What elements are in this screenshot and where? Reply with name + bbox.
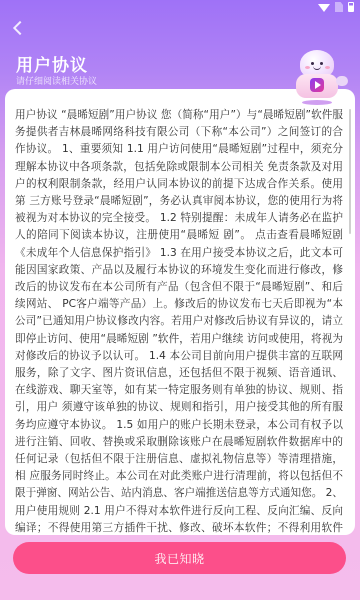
battery-icon — [348, 2, 354, 12]
mascot-cheek — [325, 66, 330, 69]
status-bar — [0, 0, 360, 14]
wifi-icon — [318, 4, 330, 12]
sim-icon — [335, 2, 343, 12]
mascot-mouth — [313, 66, 321, 70]
page-title: 用户协议 — [16, 51, 88, 76]
page-subtitle: 请仔细阅读相关协议 — [16, 74, 97, 87]
mascot-play-icon — [294, 50, 344, 106]
agreement-card: 用户协议 “晨晞短剧”用户协议 您（简称“用户”）与“晨晞短剧”软件服务提供者吉… — [5, 89, 355, 535]
mascot-cheek — [305, 66, 310, 69]
play-icon — [310, 78, 324, 92]
confirm-button[interactable]: 我已知晓 — [13, 542, 346, 574]
agreement-text: 用户协议 “晨晞短剧”用户协议 您（简称“用户”）与“晨晞短剧”软件服务提供者吉… — [15, 107, 343, 535]
mascot-eye-icon — [311, 62, 314, 65]
chevron-left-icon — [13, 21, 27, 35]
mascot-shadow — [302, 100, 332, 105]
back-button[interactable] — [6, 16, 30, 40]
scrollbar[interactable] — [349, 109, 351, 234]
mascot-body — [296, 74, 338, 98]
mascot-eye-icon — [320, 62, 323, 65]
mascot-arm — [336, 76, 348, 86]
